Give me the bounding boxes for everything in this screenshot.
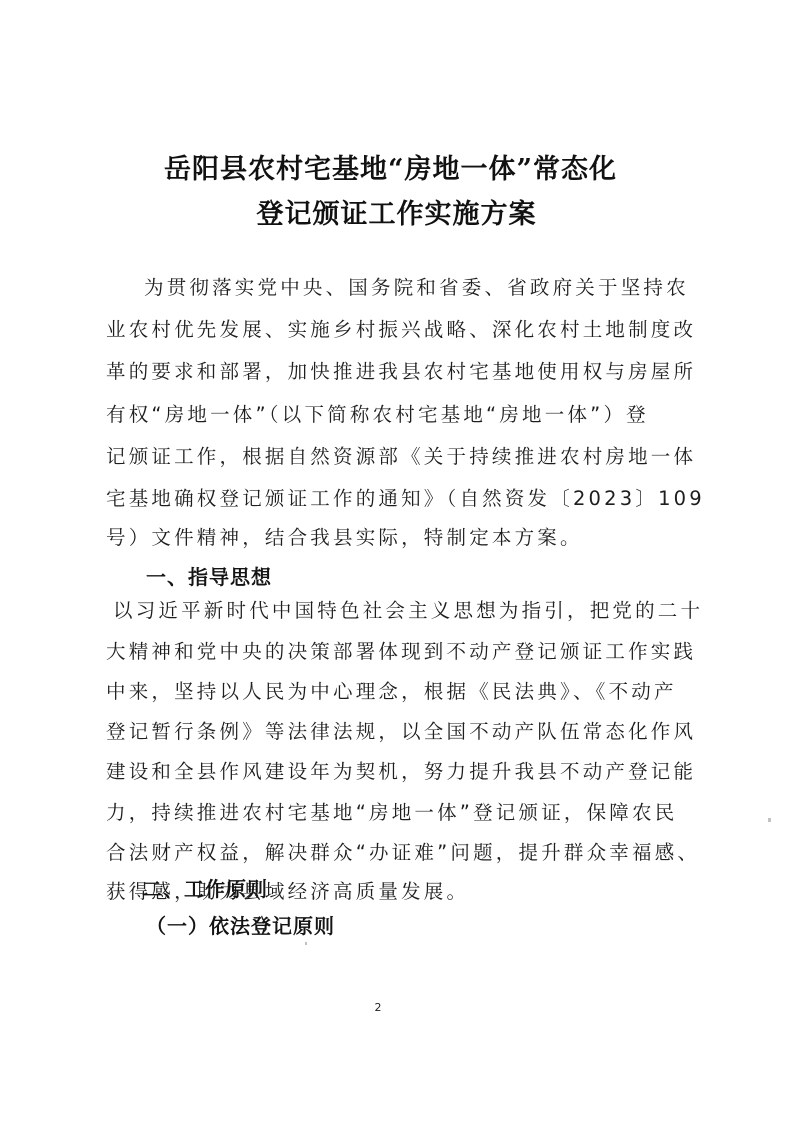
guiding-line-5: 建设和全县作风建设年为契机，努力提升我县不动产登记能 [106, 760, 706, 784]
guiding-line-7: 合法财产权益，解决群众“办证难”问题，提升群众幸福感、 [106, 841, 706, 865]
intro-line-2: 业农村优先发展、实施乡村振兴战略、深化农村土地制度改 [106, 318, 706, 342]
intro-line-6: 宅基地确权登记颁证工作的通知》（自然资发〔2023〕109 [106, 487, 706, 511]
page-number: 2 [372, 1001, 384, 1014]
intro-line-7: 号）文件精神，结合我县实际，特制定本方案。 [106, 526, 706, 550]
section-heading-guiding-ideology: 一、指导思想 [146, 561, 272, 590]
section-heading-work-principles: 二、工作原则 [142, 873, 268, 902]
intro-line-5: 记颁证工作，根据自然资源部《关于持续推进农村房地一体 [106, 445, 706, 469]
scan-speck [305, 942, 307, 945]
document-page: 岳阳县农村宅基地“房地一体”常态化 登记颁证工作实施方案 为贯彻落实党中央、国务… [0, 0, 793, 1122]
document-title-line-1: 岳阳县农村宅基地“房地一体”常态化 [0, 147, 787, 186]
guiding-line-1: 以习近平新时代中国特色社会主义思想为指引，把党的二十 [113, 599, 713, 623]
intro-line-4: 有权“房地一体”（以下简称农村宅基地“房地一体”）登 [106, 403, 706, 427]
intro-line-1: 为贯彻落实党中央、国务院和省委、省政府关于坚持农 [144, 276, 744, 300]
guiding-line-4: 登记暂行条例》等法律法规，以全国不动产队伍常态化作风 [106, 720, 706, 744]
intro-line-3: 革的要求和部署，加快推进我县农村宅基地使用权与房屋所 [106, 360, 706, 384]
document-title-line-2: 登记颁证工作实施方案 [0, 192, 793, 231]
scan-speck [768, 818, 771, 822]
guiding-line-3: 中来，坚持以人民为中心理念，根据《民法典》、《不动产 [106, 680, 706, 704]
subheading-lawful-registration: （一）依法登记原则 [146, 910, 335, 939]
guiding-line-2: 大精神和党中央的决策部署体现到不动产登记颁证工作实践 [106, 640, 706, 664]
guiding-line-6: 力，持续推进农村宅基地“房地一体”登记颁证，保障农民 [106, 801, 706, 825]
